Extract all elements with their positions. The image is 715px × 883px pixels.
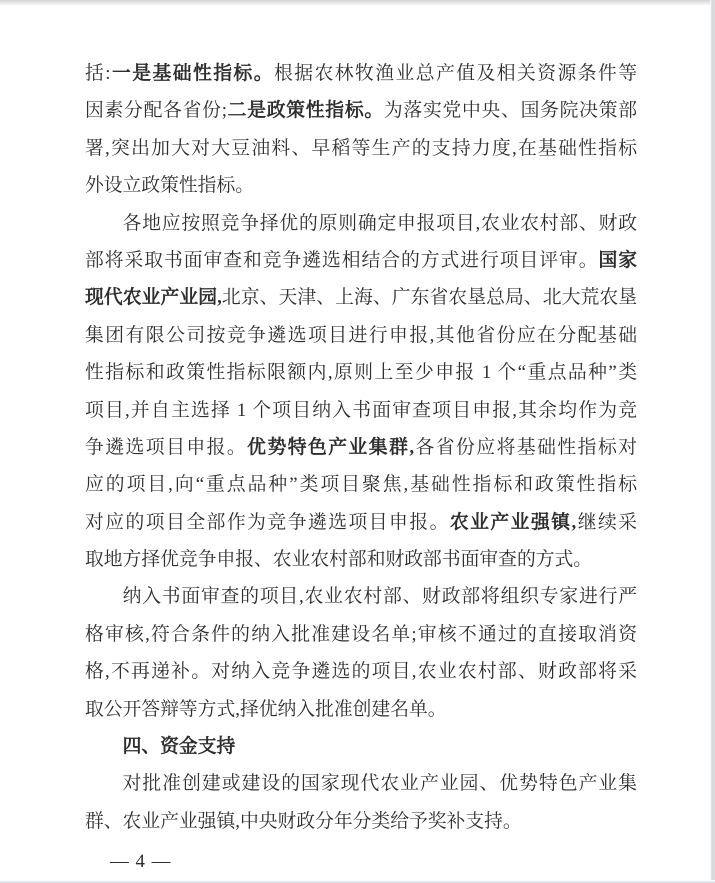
text-line: 对批准创建或建设的国家现代农业产业园、优势特色产业集 bbox=[85, 765, 637, 802]
text-run: 为落实党中央、国务院决策部 bbox=[384, 100, 637, 121]
text-run: 项目,并自主选择 1 个项目纳入书面审查项目申报,其余均作为竞 bbox=[85, 400, 637, 421]
bold-text-run: 国家 bbox=[598, 250, 637, 271]
text-line: 现代农业产业园,北京、天津、上海、广东省农垦总局、北大荒农垦 bbox=[85, 279, 637, 316]
text-line: 署,突出加大对大豆油料、早稻等生产的支持力度,在基础性指标 bbox=[85, 130, 637, 167]
text-run: 继续采 bbox=[576, 512, 637, 533]
text-run: 对应的项目全部作为竞争遴选项目申报。 bbox=[85, 512, 450, 533]
text-run: 应的项目,向“重点品种”类项目聚焦,基础性指标和政策性指标 bbox=[85, 474, 637, 495]
text-line: 项目,并自主选择 1 个项目纳入书面审查项目申报,其余均作为竞 bbox=[85, 392, 637, 429]
text-run: 取地方择优竞争申报、农业农村部和财政部书面审查的方式。 bbox=[85, 549, 592, 570]
text-line: 括:一是基础性指标。根据农林牧渔业总产值及相关资源条件等 bbox=[85, 55, 637, 92]
text-run: 集团有限公司按竞争遴选项目进行申报,其他省份应在分配基础 bbox=[85, 325, 637, 346]
text-run: 外设立政策性指标。 bbox=[85, 175, 254, 196]
text-run: 对批准创建或建设的国家现代农业产业园、优势特色产业集 bbox=[123, 773, 637, 794]
scan-top-edge bbox=[0, 0, 715, 6]
text-run: 格审核,符合条件的纳入批准建设名单;审核不通过的直接取消资 bbox=[85, 624, 637, 645]
text-run: 各省份应将基础性指标对 bbox=[414, 437, 637, 458]
text-block: 括:一是基础性指标。根据农林牧渔业总产值及相关资源条件等因素分配各省份;二是政策… bbox=[85, 55, 637, 840]
text-run: 争遴选项目申报。 bbox=[85, 437, 247, 458]
text-run: 性指标和政策性指标限额内,原则上至少申报 1 个“重点品种”类 bbox=[85, 362, 637, 383]
text-run: 括: bbox=[85, 63, 110, 84]
text-line: 取地方择优竞争申报、农业农村部和财政部书面审查的方式。 bbox=[85, 541, 637, 578]
text-run: 部将采取书面审查和竞争遴选相结合的方式进行项目评审。 bbox=[85, 250, 598, 271]
text-run: 格,不再递补。对纳入竞争遴选的项目,农业农村部、财政部将采 bbox=[85, 661, 637, 682]
bold-text-run: 二是政策性指标。 bbox=[227, 100, 384, 121]
text-line: 性指标和政策性指标限额内,原则上至少申报 1 个“重点品种”类 bbox=[85, 354, 637, 391]
text-line: 外设立政策性指标。 bbox=[85, 167, 637, 204]
text-run: 取公开答辩等方式,择优纳入批准创建名单。 bbox=[85, 699, 447, 720]
text-line: 群、农业产业强镇,中央财政分年分类给予奖补支持。 bbox=[85, 803, 637, 840]
text-run: 各地应按照竞争择优的原则确定申报项目,农业农村部、财政 bbox=[123, 213, 637, 234]
text-line: 应的项目,向“重点品种”类项目聚焦,基础性指标和政策性指标 bbox=[85, 466, 637, 503]
text-run: 群、农业产业强镇,中央财政分年分类给予奖补支持。 bbox=[85, 811, 522, 832]
bold-text-run: 农业产业强镇, bbox=[450, 512, 576, 533]
text-line: 部将采取书面审查和竞争遴选相结合的方式进行项目评审。国家 bbox=[85, 242, 637, 279]
text-line: 集团有限公司按竞争遴选项目进行申报,其他省份应在分配基础 bbox=[85, 317, 637, 354]
text-line: 纳入书面审查的项目,农业农村部、财政部将组织专家进行严 bbox=[85, 578, 637, 615]
bold-text-run: 优势特色产业集群, bbox=[247, 437, 414, 458]
text-line: 格,不再递补。对纳入竞争遴选的项目,农业农村部、财政部将采 bbox=[85, 653, 637, 690]
document-page: 括:一是基础性指标。根据农林牧渔业总产值及相关资源条件等因素分配各省份;二是政策… bbox=[0, 0, 715, 883]
text-run: 北京、天津、上海、广东省农垦总局、北大荒农垦 bbox=[222, 287, 637, 308]
page-number: — 4 — bbox=[110, 849, 171, 875]
bold-text-run: 现代农业产业园, bbox=[85, 287, 222, 308]
scan-right-edge bbox=[710, 0, 715, 883]
bold-text-run: 四、资金支持 bbox=[123, 736, 236, 757]
text-run: 纳入书面审查的项目,农业农村部、财政部将组织专家进行严 bbox=[123, 586, 637, 607]
text-run: 根据农林牧渔业总产值及相关资源条件等 bbox=[274, 63, 637, 84]
text-line: 争遴选项目申报。优势特色产业集群,各省份应将基础性指标对 bbox=[85, 429, 637, 466]
text-line: 格审核,符合条件的纳入批准建设名单;审核不通过的直接取消资 bbox=[85, 616, 637, 653]
bold-text-run: 一是基础性指标。 bbox=[110, 63, 273, 84]
text-line: 各地应按照竞争择优的原则确定申报项目,农业农村部、财政 bbox=[85, 205, 637, 242]
text-run: 因素分配各省份; bbox=[85, 100, 227, 121]
text-line: 因素分配各省份;二是政策性指标。为落实党中央、国务院决策部 bbox=[85, 92, 637, 129]
text-line: 取公开答辩等方式,择优纳入批准创建名单。 bbox=[85, 691, 637, 728]
text-run: 署,突出加大对大豆油料、早稻等生产的支持力度,在基础性指标 bbox=[85, 138, 637, 159]
section-heading: 四、资金支持 bbox=[85, 728, 637, 765]
text-line: 对应的项目全部作为竞争遴选项目申报。农业产业强镇,继续采 bbox=[85, 504, 637, 541]
